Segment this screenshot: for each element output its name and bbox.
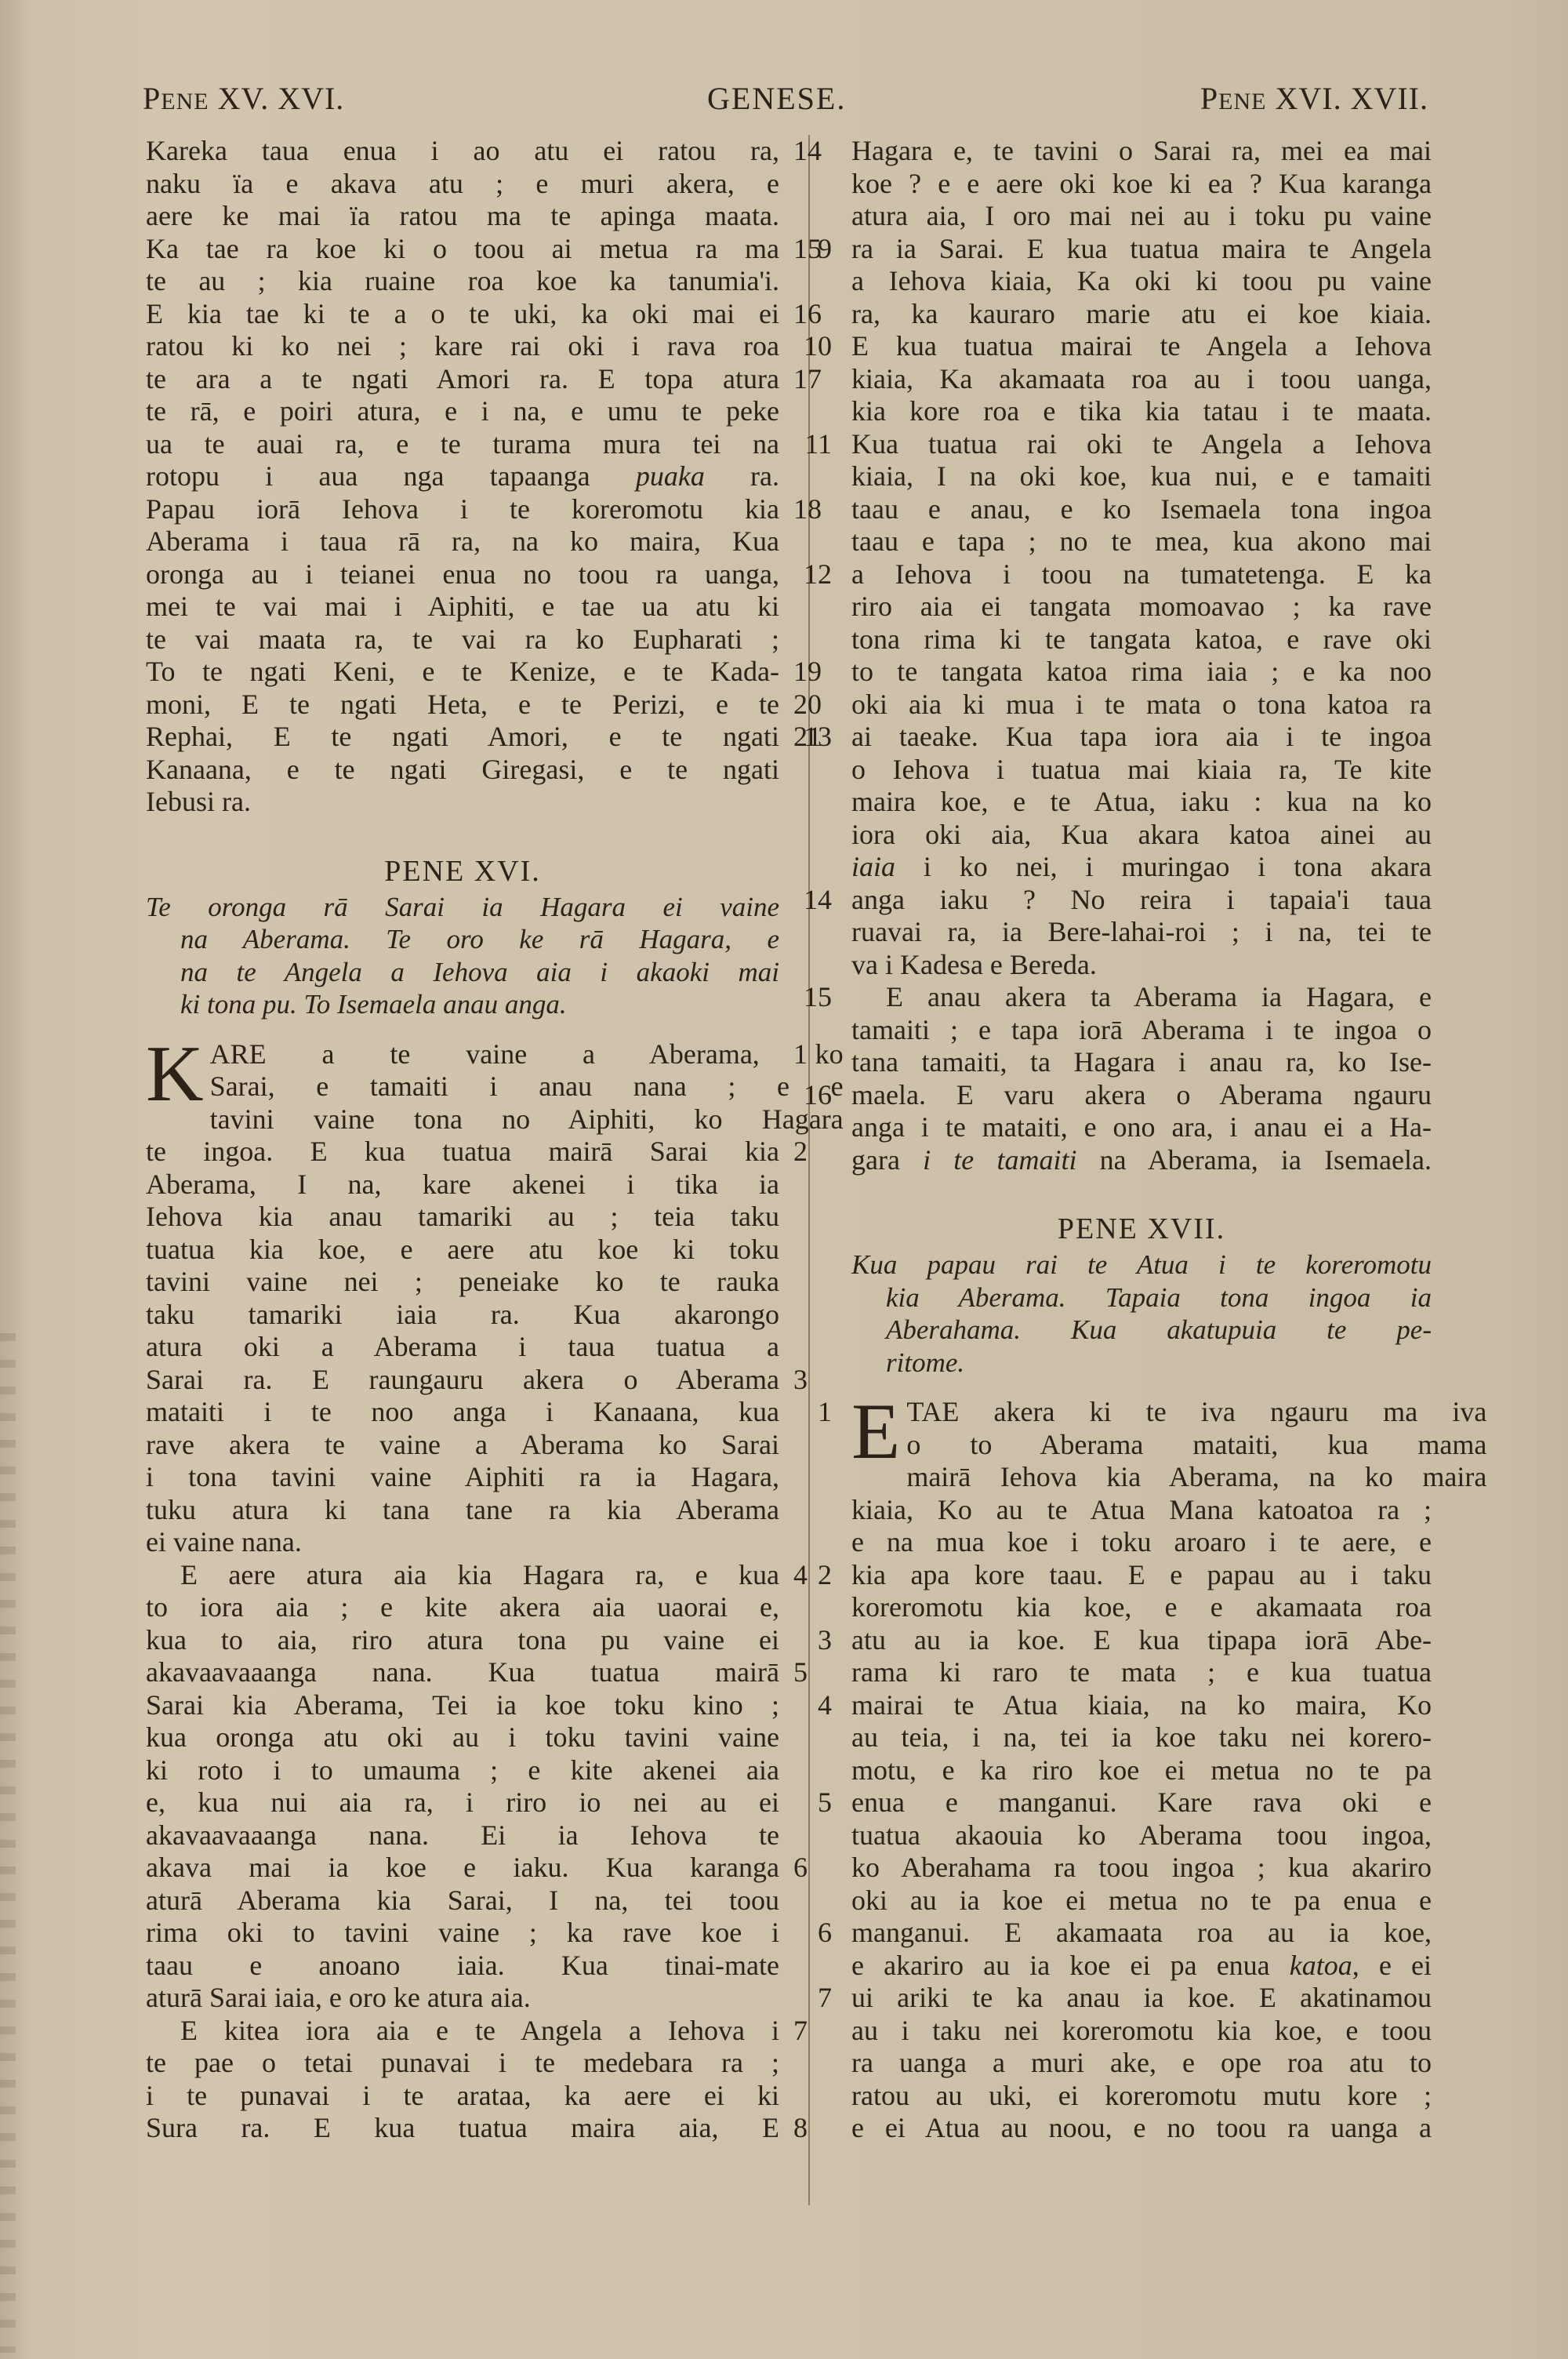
line-text: tona rima ki te tangata katoa, e rave ok… (851, 623, 1432, 656)
summary-line: kia Aberama. Tapaia tona ingoa ia (851, 1281, 1432, 1314)
line-text: rama ki raro te mata ; e kua tuatua (851, 1656, 1432, 1689)
text-line: iora oki aia, Kua akara katoa ainei au (851, 819, 1432, 852)
line-text: E kia tae ki te a o te uki, ka oki mai e… (146, 298, 779, 331)
text-line: E kia tae ki te a o te uki, ka oki mai e… (146, 298, 779, 331)
facing-page-bleed (0, 1333, 16, 2353)
verse-number: 7 (818, 1982, 832, 2015)
text-line: kiaia, Ko au te Atua Mana katoatoa ra ; (851, 1494, 1432, 1527)
text-line: ui ariki te ka anau ia koe. E akatinamou… (851, 1982, 1432, 2015)
line-text: anga iaku ? No reira i tapaia'i taua (851, 884, 1432, 917)
line-text: mairā Iehova kia Aberama, na ko maira (906, 1461, 1486, 1494)
line-text: rave akera te vaine a Aberama ko Sarai (146, 1429, 779, 1462)
line-text: akavaavaaanga nana. Ei ia Iehova te (146, 1819, 779, 1852)
line-text: kia apa kore taau. E e papau au i taku (851, 1559, 1432, 1592)
line-text: maela. E varu akera o Aberama ngauru (851, 1079, 1432, 1112)
line-text: Ka tae ra koe ki o toou ai metua ra ma (146, 233, 779, 266)
summary-line: ki tona pu. To Isemaela anau anga. (146, 988, 779, 1021)
line-text: koe ? e e aere oki koe ki ea ? Kua karan… (851, 168, 1432, 201)
line-text: motu, e ka riro koe ei metua no te pa (851, 1754, 1432, 1787)
chapter-xvii-summary: Kua papau rai te Atua i te koreromotukia… (851, 1249, 1432, 1379)
text-line: va i Kadesa e Bereda. (851, 949, 1432, 982)
verse-number: 18 (793, 493, 822, 526)
running-head-left: PENE XV. XVI. (143, 80, 344, 117)
running-head-book-title: GENESE. (707, 80, 846, 117)
line-text: maira koe, e te Atua, iaku : kua na ko (851, 786, 1432, 819)
text-line: ki roto i to umauma ; e kite akenei aia (146, 1754, 779, 1787)
text-line: TAE akera ki te iva ngauru ma iva1 (851, 1396, 1432, 1429)
verse-number: 10 (804, 330, 832, 363)
text-line: koe ? e e aere oki koe ki ea ? Kua karan… (851, 168, 1432, 201)
text-line: rama ki raro te mata ; e kua tuatua (851, 1656, 1432, 1689)
line-text: va i Kadesa e Bereda. (851, 949, 1432, 982)
line-text: riro aia ei tangata momoavao ; ka rave (851, 591, 1432, 623)
chapter-xvii-opening: E TAE akera ki te iva ngauru ma iva1o to… (851, 1396, 1432, 1461)
text-line: motu, e ka riro koe ei metua no te pa (851, 1754, 1432, 1787)
chapter-xvi-body: tavini vaine tona no Aiphiti, ko Hagarat… (146, 1103, 779, 2145)
verse-number: 6 (793, 1852, 808, 1885)
text-line: Sarai, e tamaiti i anau nana ; e e (146, 1070, 779, 1103)
running-head: PENE XV. XVI. GENESE. PENE XVI. XVII. (143, 80, 1428, 119)
text-line: tuatua kia koe, e aere atu koe ki toku (146, 1234, 779, 1267)
line-text: o to Aberama mataiti, kua mama (906, 1429, 1486, 1462)
line-text: o Iehova i tuatua mai kiaia ra, Te kite (851, 754, 1432, 787)
line-text: kua oronga atu oki au i toku tavini vain… (146, 1721, 779, 1754)
line-text: mei te vai mai i Aiphiti, e tae ua atu k… (146, 591, 779, 623)
line-text: Rephai, E te ngati Amori, e te ngati (146, 721, 779, 754)
text-line: manganui. E akamaata roa au ia koe,6 (851, 1917, 1432, 1950)
text-line: taau e anoano iaia. Kua tinai-mate (146, 1950, 779, 1983)
line-text: ratou au uki, ei koreromotu mutu kore ; (851, 2080, 1432, 2113)
text-line: aturā Sarai iaia, e oro ke atura aia. (146, 1982, 779, 2015)
text-line: maela. E varu akera o Aberama ngauru16 (851, 1079, 1432, 1112)
line-text: akavaavaaanga nana. Kua tuatua mairā (146, 1656, 779, 1689)
text-line: akavaavaaanga nana. Kua tuatua mairā5 (146, 1656, 779, 1689)
text-line: e na mua koe i toku aroaro i te aere, e (851, 1526, 1432, 1559)
line-text: ui ariki te ka anau ia koe. E akatinamou (851, 1982, 1432, 2015)
text-line: moni, E te ngati Heta, e te Perizi, e te… (146, 689, 779, 722)
verse-number: 8 (793, 2112, 808, 2145)
verse-number: 6 (818, 1917, 832, 1950)
text-line: ratou ki ko nei ; kare rai oki i rava ro… (146, 330, 779, 363)
line-text: tamaiti ; e tapa iorā Aberama i te ingoa… (851, 1014, 1432, 1047)
text-line: te ara a te ngati Amori ra. E topa atura… (146, 363, 779, 396)
verse-number: 14 (804, 884, 832, 917)
line-text: i te punavai i te arataa, ka aere ei ki (146, 2080, 779, 2113)
verse-number: 16 (793, 298, 822, 331)
text-line: kia kore roa e tika kia tatau i te maata… (851, 395, 1432, 428)
line-text: ra ia Sarai. E kua tuatua maira te Angel… (851, 233, 1432, 266)
line-text: oki aia ki mua i te mata o tona katoa ra (851, 689, 1432, 722)
text-line: te ingoa. E kua tuatua mairā Sarai kia2 (146, 1136, 779, 1169)
line-text: rotopu i aua nga tapaanga puaka ra. (146, 460, 779, 493)
text-line: kiaia, I na oki koe, kua nui, e e tamait… (851, 460, 1432, 493)
line-text: e na mua koe i toku aroaro i te aere, e (851, 1526, 1432, 1559)
line-text: i tona tavini vaine Aiphiti ra ia Hagara… (146, 1461, 779, 1494)
line-text: ARE a te vaine a Aberama, ko (210, 1038, 844, 1071)
text-line: Sarai ra. E raungauru akera o Aberama3 (146, 1364, 779, 1397)
text-line: te pae o tetai punavai i te medebara ra … (146, 2047, 779, 2080)
text-line: rave akera te vaine a Aberama ko Sarai (146, 1429, 779, 1462)
line-text: E aere atura aia kia Hagara ra, e kua (180, 1559, 779, 1592)
summary-line: Te oronga rā Sarai ia Hagara ei vaine (146, 891, 779, 924)
line-text: iora oki aia, Kua akara katoa ainei au (851, 819, 1432, 852)
text-line: atura oki a Aberama i taua tuatua a (146, 1331, 779, 1364)
text-line: naku ïa e akava atu ; e muri akera, e (146, 168, 779, 201)
text-line: a Iehova kiaia, Ka oki ki toou pu vaine (851, 265, 1432, 298)
text-line: a Iehova i toou na tumatetenga. E ka12 (851, 558, 1432, 591)
line-text: naku ïa e akava atu ; e muri akera, e (146, 168, 779, 201)
line-text: ruavai ra, ia Bere-lahai-roi ; i na, tei… (851, 916, 1432, 949)
text-line: ruavai ra, ia Bere-lahai-roi ; i na, tei… (851, 916, 1432, 949)
text-line: ua te auai ra, e te turama mura tei na (146, 428, 779, 461)
text-line: ko Aberahama ra toou ingoa ; kua akariro (851, 1852, 1432, 1885)
verse-number: 15 (804, 981, 832, 1014)
line-text: a Iehova kiaia, Ka oki ki toou pu vaine (851, 265, 1432, 298)
text-line: tuatua akaouia ko Aberama toou ingoa, (851, 1819, 1432, 1852)
running-head-right: PENE XVI. XVII. (1200, 80, 1428, 117)
text-line: to iora aia ; e kite akera aia uaorai e, (146, 1591, 779, 1624)
text-line: E kitea iora aia e te Angela a Iehova i7 (146, 2015, 779, 2048)
chapter-xvii-body: mairā Iehova kia Aberama, na ko mairakia… (851, 1461, 1432, 2145)
verse-number: 20 (793, 689, 822, 722)
text-line: anga iaku ? No reira i tapaia'i taua14 (851, 884, 1432, 917)
line-text: kia kore roa e tika kia tatau i te maata… (851, 395, 1432, 428)
line-text: Papau iorā Iehova i te koreromotu kia (146, 493, 779, 526)
text-line: e, kua nui aia ra, i riro io nei au ei (146, 1787, 779, 1819)
line-text: kua to aia, riro atura tona pu vaine ei (146, 1624, 779, 1657)
line-text: taku tamariki iaia ra. Kua akarongo (146, 1299, 779, 1332)
line-text: ei vaine nana. (146, 1526, 779, 1559)
line-text: Iehova kia anau tamariki au ; teia taku (146, 1201, 779, 1234)
text-line: ai taeake. Kua tapa iora aia i te ingoa1… (851, 721, 1432, 754)
text-line: E kua tuatua mairai te Angela a Iehova10 (851, 330, 1432, 363)
text-line: riro aia ei tangata momoavao ; ka rave (851, 591, 1432, 623)
line-text: e, kua nui aia ra, i riro io nei au ei (146, 1787, 779, 1819)
text-line: ratou au uki, ei koreromotu mutu kore ; (851, 2080, 1432, 2113)
text-line: oki au ia koe ei metua no te pa enua e (851, 1885, 1432, 1917)
line-text: tavini vaine nei ; peneiake ko te rauka (146, 1266, 779, 1299)
line-text: TAE akera ki te iva ngauru ma iva (906, 1396, 1486, 1429)
text-line: kiaia, Ka akamaata roa au i toou uanga, (851, 363, 1432, 396)
line-text: taau e tapa ; no te mea, kua akono mai (851, 525, 1432, 558)
line-text: Sarai kia Aberama, Tei ia koe toku kino … (146, 1689, 779, 1722)
chapter-xvi-continuation: Hagara e, te tavini o Sarai ra, mei ea m… (851, 135, 1432, 1176)
text-line: Kua tuatua rai oki te Angela a Iehova11 (851, 428, 1432, 461)
line-text: ki roto i to umauma ; e kite akenei aia (146, 1754, 779, 1787)
line-text: kiaia, Ko au te Atua Mana katoatoa ra ; (851, 1494, 1432, 1527)
summary-line: ritome. (851, 1347, 1432, 1379)
text-line: au teia, i na, tei ia koe taku nei korer… (851, 1721, 1432, 1754)
text-line: tana tamaiti, ta Hagara i anau ra, ko Is… (851, 1046, 1432, 1079)
verse-number: 19 (793, 656, 822, 689)
text-line: tavini vaine nei ; peneiake ko te rauka (146, 1266, 779, 1299)
line-text: a Iehova i toou na tumatetenga. E ka (851, 558, 1432, 591)
verse-number: 14 (793, 135, 822, 168)
line-text: aere ke mai ïa ratou ma te apinga maata. (146, 200, 779, 233)
text-line: i te punavai i te arataa, ka aere ei ki (146, 2080, 779, 2113)
text-line: taau e anau, e ko Isemaela tona ingoa (851, 493, 1432, 526)
text-line: tona rima ki te tangata katoa, e rave ok… (851, 623, 1432, 656)
line-text: to iora aia ; e kite akera aia uaorai e, (146, 1591, 779, 1624)
text-line: enua e manganui. Kare rava oki e5 (851, 1787, 1432, 1819)
text-line: e akariro au ia koe ei pa enua katoa, e … (851, 1950, 1432, 1983)
line-text: Sarai ra. E raungauru akera o Aberama (146, 1364, 779, 1397)
line-text: oki au ia koe ei metua no te pa enua e (851, 1885, 1432, 1917)
line-text: Kareka taua enua i ao atu ei ratou ra, (146, 135, 779, 168)
line-text: au teia, i na, tei ia koe taku nei korer… (851, 1721, 1432, 1754)
verse-number: 7 (793, 2015, 808, 2048)
line-text: tana tamaiti, ta Hagara i anau ra, ko Is… (851, 1046, 1432, 1079)
text-line: mairai te Atua kiaia, na ko maira, Ko4 (851, 1689, 1432, 1722)
line-text: tuku atura ki tana tane ra kia Aberama (146, 1494, 779, 1527)
line-text: mairai te Atua kiaia, na ko maira, Ko (851, 1689, 1432, 1722)
line-text: kiaia, Ka akamaata roa au i toou uanga, (851, 363, 1432, 396)
text-line: te rā, e poiri atura, e i na, e umu te p… (146, 395, 779, 428)
verse-number: 1 (818, 1396, 832, 1429)
text-line: au i taku nei koreromotu kia koe, e toou (851, 2015, 1432, 2048)
text-line: Sarai kia Aberama, Tei ia koe toku kino … (146, 1689, 779, 1722)
line-text: taau e anau, e ko Isemaela tona ingoa (851, 493, 1432, 526)
line-text: taau e anoano iaia. Kua tinai-mate (146, 1950, 779, 1983)
line-text: Aberama i taua rā ra, na ko maira, Kua (146, 525, 779, 558)
text-line: te vai maata ra, te vai ra ko Eupharati … (146, 623, 779, 656)
text-line: atura aia, I oro mai nei au i toku pu va… (851, 200, 1432, 233)
text-line: Aberama i taua rā ra, na ko maira, Kua (146, 525, 779, 558)
text-line: atu au ia koe. E kua tipapa iorā Abe-3 (851, 1624, 1432, 1657)
line-text: To te ngati Keni, e te Kenize, e te Kada… (146, 656, 779, 689)
text-line: Kareka taua enua i ao atu ei ratou ra,14 (146, 135, 779, 168)
line-text: au i taku nei koreromotu kia koe, e toou (851, 2015, 1432, 2048)
text-line: akava mai ia koe e iaku. Kua karanga6 (146, 1852, 779, 1885)
text-line: i tona tavini vaine Aiphiti ra ia Hagara… (146, 1461, 779, 1494)
chapter-xvi-opening: K ARE a te vaine a Aberama, ko1Sarai, e … (146, 1038, 779, 1103)
text-line: Kanaana, e te ngati Giregasi, e te ngati (146, 754, 779, 787)
text-line: e ei Atua au noou, e no toou ra uanga a (851, 2112, 1432, 2145)
verse-number: 17 (793, 363, 822, 396)
verse-number: 5 (818, 1787, 832, 1819)
line-text: te ingoa. E kua tuatua mairā Sarai kia (146, 1136, 779, 1169)
text-line: kua to aia, riro atura tona pu vaine ei (146, 1624, 779, 1657)
line-text: Hagara e, te tavini o Sarai ra, mei ea m… (851, 135, 1432, 168)
verse-number: 13 (804, 721, 832, 754)
chapter-heading-xvii: PENE XVII. (851, 1194, 1432, 1249)
verse-number: 3 (793, 1364, 808, 1397)
text-line: te au ; kia ruaine roa koe ka tanumia'i. (146, 265, 779, 298)
verse-number: 4 (793, 1559, 808, 1592)
line-text: ai taeake. Kua tapa iora aia i te ingoa (851, 721, 1432, 754)
text-line: maira koe, e te Atua, iaku : kua na ko (851, 786, 1432, 819)
line-text: mataiti i te noo anga i Kanaana, kua (146, 1396, 779, 1429)
text-line: ei vaine nana. (146, 1526, 779, 1559)
line-text: te pae o tetai punavai i te medebara ra … (146, 2047, 779, 2080)
text-line: oki aia ki mua i te mata o tona katoa ra (851, 689, 1432, 722)
line-text: rima oki to tavini vaine ; ka rave koe i (146, 1917, 779, 1950)
summary-line: Kua papau rai te Atua i te koreromotu (851, 1249, 1432, 1281)
line-text: manganui. E akamaata roa au ia koe, (851, 1917, 1432, 1950)
summary-line: na Aberama. Te oro ke rā Hagara, e (146, 923, 779, 956)
text-line: tavini vaine tona no Aiphiti, ko Hagara (146, 1103, 779, 1136)
text-line: ra, ka kauraro marie atu ei koe kiaia. (851, 298, 1432, 331)
line-text: ra, ka kauraro marie atu ei koe kiaia. (851, 298, 1432, 331)
left-column: Kareka taua enua i ao atu ei ratou ra,14… (146, 135, 779, 2145)
verse-number: 5 (793, 1656, 808, 1689)
verse-number: 1 (793, 1038, 808, 1071)
text-line: to te tangata katoa rima iaia ; e ka noo (851, 656, 1432, 689)
text-line: Ka tae ra koe ki o toou ai metua ra ma15 (146, 233, 779, 266)
line-text: Kanaana, e te ngati Giregasi, e te ngati (146, 754, 779, 787)
verse-number: 3 (818, 1624, 832, 1657)
text-line: akavaavaaanga nana. Ei ia Iehova te (146, 1819, 779, 1852)
line-text: kiaia, I na oki koe, kua nui, e e tamait… (851, 460, 1432, 493)
verse-number: 11 (804, 428, 832, 461)
line-text: atura oki a Aberama i taua tuatua a (146, 1331, 779, 1364)
text-line: o to Aberama mataiti, kua mama (851, 1429, 1432, 1462)
line-text: tavini vaine tona no Aiphiti, ko Hagara (210, 1103, 844, 1136)
text-line: rima oki to tavini vaine ; ka rave koe i (146, 1917, 779, 1950)
text-line: Sura ra. E kua tuatua maira aia, E8 (146, 2112, 779, 2145)
line-text: Kua tuatua rai oki te Angela a Iehova (851, 428, 1432, 461)
line-text: te ara a te ngati Amori ra. E topa atura (146, 363, 779, 396)
text-line: Iehova kia anau tamariki au ; teia taku (146, 1201, 779, 1234)
line-text: ua te auai ra, e te turama mura tei na (146, 428, 779, 461)
verse-number: 2 (818, 1559, 832, 1592)
text-line: To te ngati Keni, e te Kenize, e te Kada… (146, 656, 779, 689)
line-text: atu au ia koe. E kua tipapa iorā Abe- (851, 1624, 1432, 1657)
line-text: tuatua akaouia ko Aberama toou ingoa, (851, 1819, 1432, 1852)
text-line: E aere atura aia kia Hagara ra, e kua4 (146, 1559, 779, 1592)
line-text: aturā Sarai iaia, e oro ke atura aia. (146, 1982, 779, 2015)
text-line: Aberama, I na, kare akenei i tika ia (146, 1169, 779, 1201)
text-line: ARE a te vaine a Aberama, ko1 (146, 1038, 779, 1071)
text-line: tamaiti ; e tapa iorā Aberama i te ingoa… (851, 1014, 1432, 1047)
line-text: aturā Aberama kia Sarai, I na, tei toou (146, 1885, 779, 1917)
line-text: ra uanga a muri ake, e ope roa atu to (851, 2047, 1432, 2080)
summary-line: na te Angela a Iehova aia i akaoki mai (146, 956, 779, 989)
line-text: ratou ki ko nei ; kare rai oki i rava ro… (146, 330, 779, 363)
line-text: anga i te mataiti, e ono ara, i anau ei … (851, 1111, 1432, 1144)
chapter-xvi-summary: Te oronga rā Sarai ia Hagara ei vainena … (146, 891, 779, 1021)
verse-number: 12 (804, 558, 832, 591)
line-text: tuatua kia koe, e aere atu koe ki toku (146, 1234, 779, 1267)
summary-line: Aberahama. Kua akatupuia te pe- (851, 1314, 1432, 1347)
text-line: taku tamariki iaia ra. Kua akarongo (146, 1299, 779, 1332)
line-text: te au ; kia ruaine roa koe ka tanumia'i. (146, 265, 779, 298)
line-text: e akariro au ia koe ei pa enua katoa, e … (851, 1950, 1432, 1983)
line-text: atura aia, I oro mai nei au i toku pu va… (851, 200, 1432, 233)
line-text: E kitea iora aia e te Angela a Iehova i (180, 2015, 779, 2048)
chapter-xv-continuation: Kareka taua enua i ao atu ei ratou ra,14… (146, 135, 779, 819)
line-text: gara i te tamaiti na Aberama, ia Isemael… (851, 1144, 1432, 1177)
text-line: Hagara e, te tavini o Sarai ra, mei ea m… (851, 135, 1432, 168)
line-text: E kua tuatua mairai te Angela a Iehova (851, 330, 1432, 363)
text-line: Iebusi ra. (146, 786, 779, 819)
verse-number: 2 (793, 1136, 808, 1169)
line-text: te vai maata ra, te vai ra ko Eupharati … (146, 623, 779, 656)
line-text: akava mai ia koe e iaku. Kua karanga (146, 1852, 779, 1885)
line-text: oronga au i teianei enua no toou ra uang… (146, 558, 779, 591)
line-text: Sarai, e tamaiti i anau nana ; e e (210, 1070, 844, 1103)
text-line: E anau akera ta Aberama ia Hagara, e15 (851, 981, 1432, 1014)
text-line: koreromotu kia koe, e e akamaata roa (851, 1591, 1432, 1624)
line-text: te rā, e poiri atura, e i na, e umu te p… (146, 395, 779, 428)
text-line: oronga au i teianei enua no toou ra uang… (146, 558, 779, 591)
line-text: Sura ra. E kua tuatua maira aia, E (146, 2112, 779, 2145)
line-text: to te tangata katoa rima iaia ; e ka noo (851, 656, 1432, 689)
text-line: kua oronga atu oki au i toku tavini vain… (146, 1721, 779, 1754)
line-text: iaia i ko nei, i muringao i tona akara (851, 851, 1432, 884)
text-line: mataiti i te noo anga i Kanaana, kua (146, 1396, 779, 1429)
text-line: Papau iorā Iehova i te koreromotu kia18 (146, 493, 779, 526)
text-line: tuku atura ki tana tane ra kia Aberama (146, 1494, 779, 1527)
line-text: ko Aberahama ra toou ingoa ; kua akariro (851, 1852, 1432, 1885)
verse-number: 9 (818, 233, 832, 266)
text-line: aturā Aberama kia Sarai, I na, tei toou (146, 1885, 779, 1917)
text-line: ra ia Sarai. E kua tuatua maira te Angel… (851, 233, 1432, 266)
text-line: ra uanga a muri ake, e ope roa atu to (851, 2047, 1432, 2080)
line-text: koreromotu kia koe, e e akamaata roa (851, 1591, 1432, 1624)
text-line: rotopu i aua nga tapaanga puaka ra. (146, 460, 779, 493)
text-line: aere ke mai ïa ratou ma te apinga maata. (146, 200, 779, 233)
line-text: e ei Atua au noou, e no toou ra uanga a (851, 2112, 1432, 2145)
line-text: enua e manganui. Kare rava oki e (851, 1787, 1432, 1819)
text-line: iaia i ko nei, i muringao i tona akara (851, 851, 1432, 884)
line-text: E anau akera ta Aberama ia Hagara, e (886, 981, 1432, 1014)
verse-number: 4 (818, 1689, 832, 1722)
chapter-heading-xvi: PENE XVI. (146, 836, 779, 891)
text-line: kia apa kore taau. E e papau au i taku2 (851, 1559, 1432, 1592)
verse-number: 16 (804, 1079, 832, 1112)
line-text: Aberama, I na, kare akenei i tika ia (146, 1169, 779, 1201)
text-line: gara i te tamaiti na Aberama, ia Isemael… (851, 1144, 1432, 1177)
text-line: taau e tapa ; no te mea, kua akono mai (851, 525, 1432, 558)
right-column: Hagara e, te tavini o Sarai ra, mei ea m… (851, 135, 1432, 2145)
text-line: mairā Iehova kia Aberama, na ko maira (851, 1461, 1432, 1494)
text-line: mei te vai mai i Aiphiti, e tae ua atu k… (146, 591, 779, 623)
text-line: Rephai, E te ngati Amori, e te ngati21 (146, 721, 779, 754)
line-text: Iebusi ra. (146, 786, 779, 819)
text-line: anga i te mataiti, e ono ara, i anau ei … (851, 1111, 1432, 1144)
text-line: o Iehova i tuatua mai kiaia ra, Te kite (851, 754, 1432, 787)
line-text: moni, E te ngati Heta, e te Perizi, e te (146, 689, 779, 722)
